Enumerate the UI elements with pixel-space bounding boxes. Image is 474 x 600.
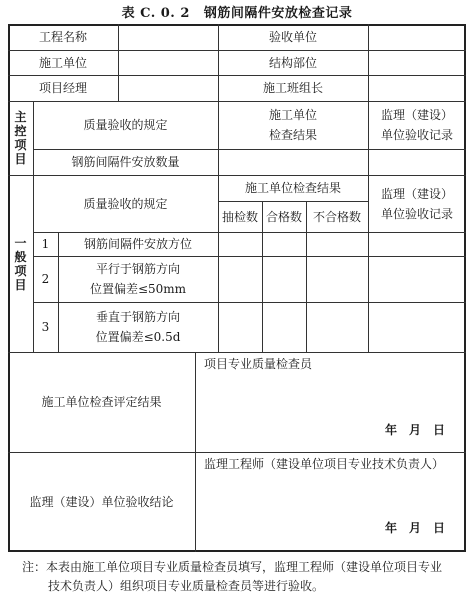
main-item-spacer-quantity: 钢筋间隔件安放数量 [33, 149, 218, 175]
header-sample-count: 抽检数 [218, 201, 262, 232]
main-item-supervision[interactable] [368, 149, 466, 175]
conclusion-signer: 监理工程师（建设单位项目专业技术负责人） [204, 452, 464, 476]
main-supervision-header: 监理（建设） 单位验收记录 [368, 101, 466, 149]
item-number: 1 [33, 232, 58, 256]
header-line: 单位验收记录 [381, 125, 453, 145]
conclusion-date: 年 月 日 [370, 516, 460, 540]
divider [195, 352, 196, 552]
field-project-name[interactable] [118, 24, 218, 50]
item-line: 位置偏差≤50mm [90, 279, 186, 299]
item-parallel-deviation: 平行于钢筋方向 位置偏差≤50mm [58, 256, 218, 302]
item-line: 位置偏差≤0.5d [96, 327, 181, 347]
general-check-header: 施工单位检查结果 [218, 175, 368, 201]
field-structure-part[interactable] [368, 50, 466, 75]
section-char: 般 [14, 250, 26, 264]
general-supervision-header: 监理（建设） 单位验收记录 [368, 175, 466, 232]
footnote-line: 注：本表由施工单位项目专业质量检查员填写，监理工程师（建设单位项目专业 [22, 560, 442, 574]
label-acceptance-unit: 验收单位 [218, 24, 368, 50]
footnote: 注：本表由施工单位项目专业质量检查员填写，监理工程师（建设单位项目专业 技术负责… [22, 558, 467, 596]
field-construction-unit[interactable] [118, 50, 218, 75]
table-name: 钢筋间隔件安放检查记录 [204, 6, 353, 21]
section-char: 控 [14, 124, 26, 138]
header-line: 监理（建设） [381, 105, 453, 125]
item-number: 2 [33, 256, 58, 302]
section-char: 主 [14, 110, 26, 124]
table-code: 表 C. 0. 2 [122, 6, 190, 21]
field-project-manager[interactable] [118, 75, 218, 101]
label-project-name: 工程名称 [8, 24, 118, 50]
section-char: 目 [14, 152, 26, 166]
item-number: 3 [33, 302, 58, 352]
header-line: 单位验收记录 [381, 204, 453, 224]
section-char: 一 [14, 236, 26, 250]
field-acceptance-unit[interactable] [368, 24, 466, 50]
section-char: 目 [14, 278, 26, 292]
section-main-control: 主 控 项 目 [8, 101, 33, 175]
field-team-leader[interactable] [368, 75, 466, 101]
header-line: 施工单位 [269, 105, 317, 125]
general-spec-header: 质量验收的规定 [33, 175, 218, 232]
form-title: 表 C. 0. 2钢筋间隔件安放检查记录 [0, 2, 474, 21]
section-general: 一 般 项 目 [8, 175, 33, 352]
main-spec-header: 质量验收的规定 [33, 101, 218, 149]
section-char: 项 [14, 264, 26, 278]
section-char: 项 [14, 138, 26, 152]
header-line: 监理（建设） [381, 184, 453, 204]
evaluation-signer: 项目专业质量检查员 [204, 352, 454, 376]
label-project-manager: 项目经理 [8, 75, 118, 101]
footnote-line: 技术负责人）组织项目专业质量检查员等进行验收。 [22, 577, 467, 596]
header-line: 检查结果 [269, 125, 317, 145]
item-line: 垂直于钢筋方向 [96, 307, 180, 327]
evaluation-label: 施工单位检查评定结果 [8, 352, 195, 452]
header-pass-count: 合格数 [262, 201, 306, 232]
label-construction-unit: 施工单位 [8, 50, 118, 75]
label-team-leader: 施工班组长 [218, 75, 368, 101]
header-fail-count: 不合格数 [306, 201, 368, 232]
item-line: 平行于钢筋方向 [96, 259, 180, 279]
item-perpendicular-deviation: 垂直于钢筋方向 位置偏差≤0.5d [58, 302, 218, 352]
main-item-check-result[interactable] [218, 149, 368, 175]
main-check-header: 施工单位 检查结果 [218, 101, 368, 149]
evaluation-date: 年 月 日 [370, 418, 460, 442]
conclusion-label: 监理（建设）单位验收结论 [8, 452, 195, 552]
label-structure-part: 结构部位 [218, 50, 368, 75]
item-spacer-orientation: 钢筋间隔件安放方位 [58, 232, 218, 256]
